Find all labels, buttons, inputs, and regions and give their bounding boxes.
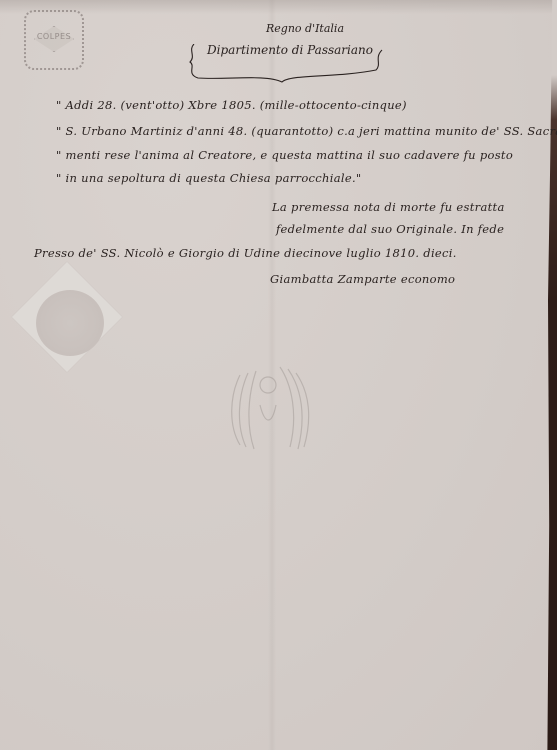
attestation-line-1: La premessa nota di morte fu estratta: [272, 200, 505, 214]
signature: Giambatta Zamparte economo: [270, 272, 455, 286]
seal-disc: [36, 290, 104, 356]
heading-kingdom: Regno d'Italia: [220, 22, 390, 35]
top-shadow: [0, 0, 557, 14]
record-line-death: " menti rese l'anima al Creatore, e ques…: [56, 148, 513, 162]
attestation-line-2: fedelmente dal suo Originale. In fede: [276, 222, 504, 236]
record-line-burial: " in una sepoltura di questa Chiesa parr…: [56, 171, 362, 185]
eagle-watermark-icon: [210, 355, 320, 455]
stamp-text: COLPES: [26, 32, 82, 41]
place-date-line: Presso de' SS. Nicolò e Giorgio di Udine…: [34, 246, 457, 260]
torn-right-edge: [545, 0, 557, 750]
record-line-name: " S. Urbano Martiniz d'anni 48. (quarant…: [56, 124, 557, 138]
document-page: COLPES Regno d'Italia Dipartimento di Pa…: [0, 0, 557, 750]
decorative-brace-icon: [186, 44, 386, 84]
embossed-revenue-stamp-icon: COLPES: [24, 10, 84, 70]
record-line-date: " Addi 28. (vent'otto) Xbre 1805. (mille…: [56, 98, 407, 112]
